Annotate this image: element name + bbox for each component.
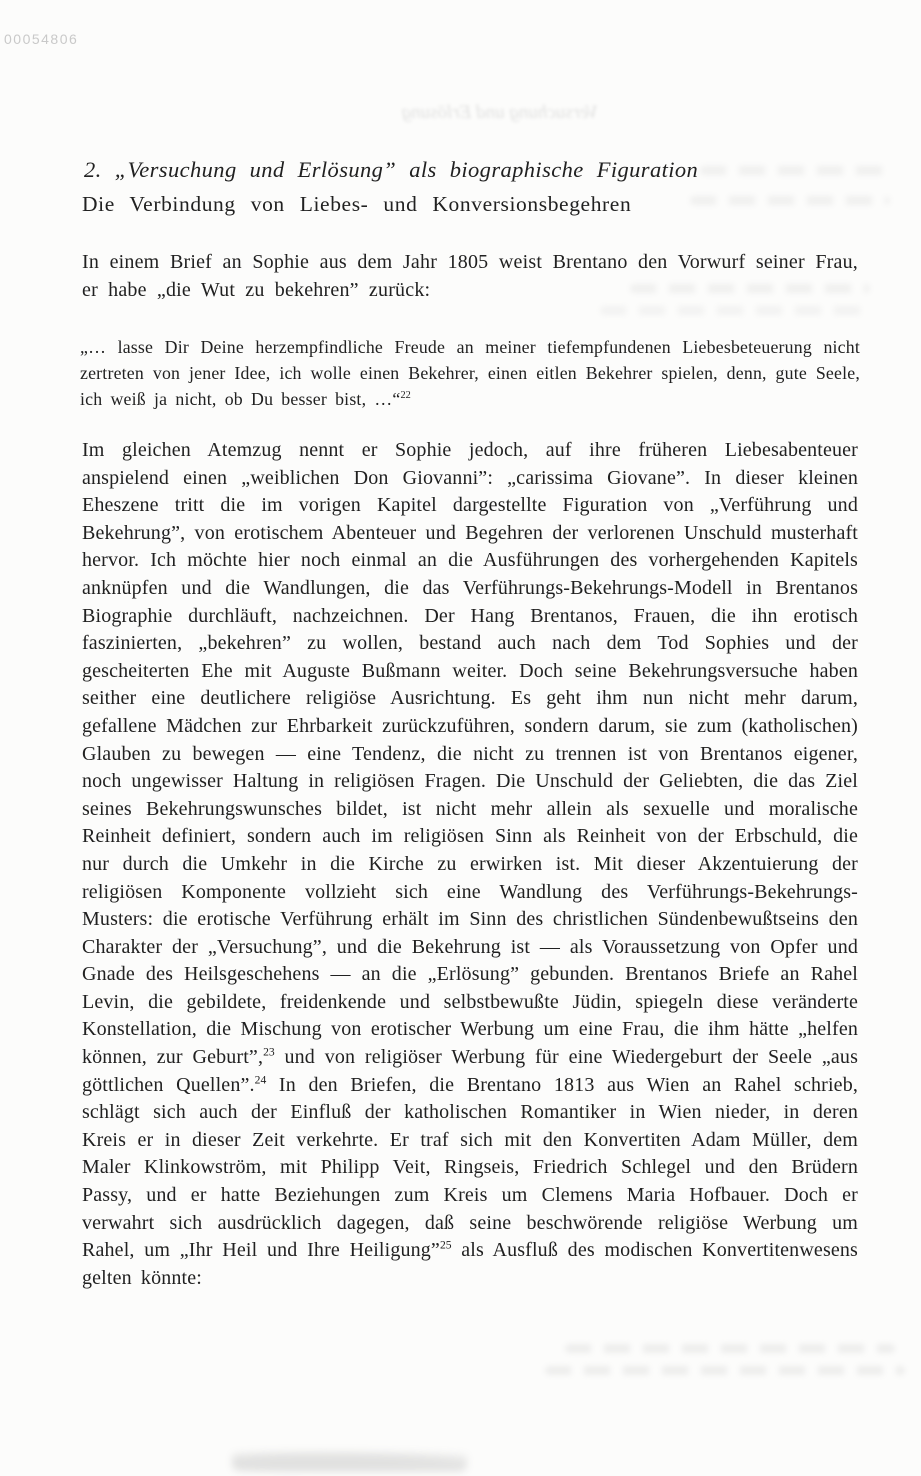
scan-smudge [232, 1450, 467, 1472]
footnote-ref-23: 23 [263, 1045, 275, 1058]
footnote-ref-25: 25 [440, 1239, 452, 1252]
footnote-ref-24: 24 [255, 1073, 267, 1086]
body-text-segment: Im gleichen Atemzug nennt er Sophie jedo… [82, 439, 858, 1068]
section-heading: 2. „Versuchung und Erlösung” als biograp… [84, 157, 874, 183]
quote-text: „… lasse Dir Deine herzempfindliche Freu… [80, 337, 860, 409]
bleedthrough-smudge [600, 306, 870, 315]
body-text-segment: In den Briefen, die Brentano 1813 aus Wi… [82, 1074, 858, 1262]
block-quote: „… lasse Dir Deine herzempfindliche Freu… [80, 334, 860, 412]
bleedthrough-smudge [565, 1344, 895, 1353]
scanned-book-page: 00054806 Versuchung und Erlösung 2. „Ver… [0, 0, 921, 1476]
main-paragraph: Im gleichen Atemzug nennt er Sophie jedo… [82, 437, 858, 1292]
footnote-ref-22: 22 [400, 390, 410, 401]
section-subtitle: Die Verbindung von Liebes- und Konversio… [82, 192, 872, 217]
intro-paragraph: In einem Brief an Sophie aus dem Jahr 18… [82, 248, 858, 304]
bleedthrough-running-header: Versuchung und Erlösung [298, 102, 598, 124]
bleedthrough-smudge [545, 1366, 905, 1375]
scan-id-stamp: 00054806 [4, 31, 78, 47]
